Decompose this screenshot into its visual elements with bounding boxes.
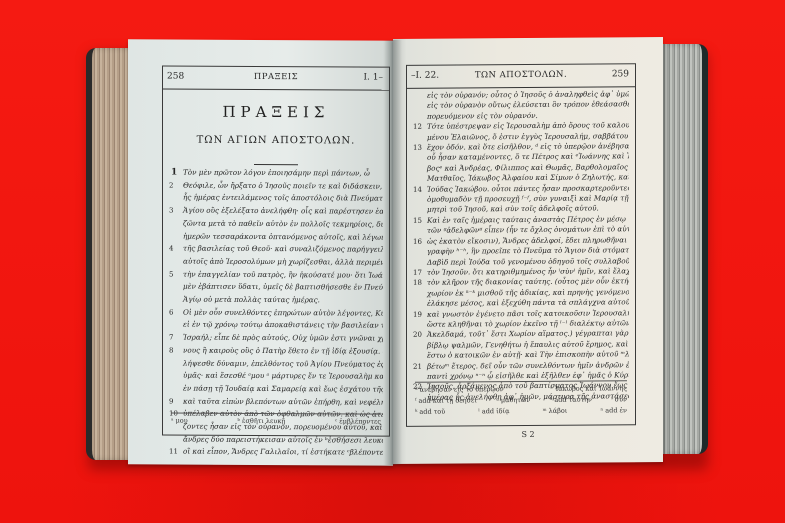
verse-text: εἰ ἐν τῷ χρόνῳ τούτῳ ἀποκαθιστάνεις τὴν …: [183, 320, 383, 330]
verse-number: 3: [169, 205, 173, 218]
verse-text: μητρὶ τοῦ Ἰησοῦ, καὶ σὺν τοῖς ἀδελφοῖς α…: [427, 204, 599, 214]
verse-text: Θεόφιλε, ὧν ἤρξατο ὁ Ἰησοῦς ποιεῖν τε κα…: [183, 180, 383, 190]
right-page-block-edge: [662, 44, 708, 454]
verse-text: Ματθαῖος, Ἰάκωβος Ἀλφαίου καὶ Σίμων ὁ Ζη…: [427, 173, 629, 183]
footnote: ⁿ add ἐν: [600, 406, 627, 417]
verse-text: τὸν Ἰησοῦν. ὅτι κατηριθμημένος ἦν ⁱσὺνⁱ …: [427, 266, 629, 276]
verse-number: 6: [169, 306, 173, 319]
verse-text: ἧς ἡμέρας ἐντειλάμενος τοῖς ἀποστόλοις δ…: [183, 193, 383, 203]
verse-text: νους ἢ καιροὺς οὓς ὁ Πατὴρ ἔθετο ἐν τῇ ἰ…: [183, 345, 383, 355]
verse-text: Ἰούδας Ἰακώβου. οὗτοι πάντες ἦσαν προσκα…: [427, 183, 629, 193]
verse-number: 1: [171, 167, 177, 180]
verse-number: 4: [169, 243, 173, 256]
text-line: ὑμᾶς· καὶ ἔσεσθέ ᵃμου ᵃ μάρτυρες ἔν τε Ἱ…: [169, 370, 383, 384]
right-page: –I. 22. ΤΩΝ ΑΠΟΣΤΟΛΩΝ. 259 εἰς τὸν οὐραν…: [393, 37, 663, 464]
text-line: 7Ἰσραήλ; εἶπε δὲ πρὸς αὐτούς, Οὐχ ὑμῶν ἐ…: [169, 332, 383, 346]
left-footnotes: ᵃ μουᵇ ἐσθῆτι λευκῇᶜ ἐμβλέποντες: [171, 413, 381, 429]
running-title: ΠΡΑΞΕΙΣ: [163, 71, 389, 82]
verse-text: Ἀκελδαμά, τοῦτ᾽ ἔστι Χωρίον αἵματος.) γέ…: [427, 329, 629, 339]
footnote: ᵉ Ἰάκωβος καὶ Ἰωάννης: [550, 384, 627, 396]
text-line: 9καὶ ταῦτα εἰπὼν βλεπόντων αὐτῶν ἐπήρθη,…: [169, 395, 383, 409]
verse-text: αὐτοῖς ἀπὸ Ἱεροσολύμων μὴ χωρίζεσθαι, ἀλ…: [183, 257, 383, 267]
text-line: ἐν πάσῃ τῇ Ἰουδαίᾳ καὶ Σαμαρείᾳ καὶ ἕως …: [169, 382, 383, 396]
verse-number: 17: [413, 268, 422, 278]
verse-text: βέτωᵐ ἕτερος. δεῖ οὖν τῶν συνελθόντων ἡμ…: [427, 360, 629, 370]
footnote: ⁱ σὺν: [611, 395, 627, 406]
verse-text: οἳ καὶ εἶπον, Ἄνδρες Γαλιλαῖοι, τί ἑστήκ…: [183, 447, 383, 457]
verse-number: 14: [413, 184, 422, 194]
verse-number: 20: [413, 330, 422, 340]
verse-text: μένου Ἐλαιῶνος, ὅ ἐστιν ἐγγὺς Ἱερουσαλήμ…: [427, 131, 628, 141]
open-book: 258 ΠΡΑΞΕΙΣ I. 1– ΠΡΑΞΕΙΣ ΤΩΝ ΑΓΙΩΝ ΑΠΟΣ…: [0, 0, 785, 523]
footnote: ᵃ μου: [171, 417, 188, 428]
text-line: ἧς ἡμέρας ἐντειλάμενος τοῖς ἀποστόλοις δ…: [169, 192, 383, 206]
footnote: ᵈ ἀνέβησαν εἰς τὸ ὑπερῷον: [415, 385, 504, 397]
chapter-ref: I. 1–: [363, 73, 383, 83]
text-line: ἡμερῶν τεσσαράκοντα ὀπτανόμενος αὐτοῖς, …: [169, 230, 383, 244]
verse-text: ἔστω ὁ κατοικῶν ἐν αὐτῇ· καὶ Τὴν ἐπισκοπ…: [427, 349, 629, 359]
footnote-row: ᵃ μουᵇ ἐσθῆτι λευκῇᶜ ἐμβλέποντες: [171, 417, 381, 429]
running-title: ΤΩΝ ΑΠΟΣΤΟΛΩΝ.: [407, 69, 635, 81]
verse-number: 19: [413, 309, 422, 319]
right-page-text-frame: –I. 22. ΤΩΝ ΑΠΟΣΤΟΛΩΝ. 259 εἰς τὸν οὐραν…: [406, 63, 636, 427]
footnote: ᶠ add καὶ τῇ δεήσει: [415, 396, 477, 407]
verse-text: Ἰσραήλ; εἶπε δὲ πρὸς αὐτούς, Οὐχ ὑμῶν ἐσ…: [183, 333, 383, 343]
verse-text: ὑμᾶς· καὶ ἔσεσθέ ᵃμου ᵃ μάρτυρες ἔν τε Ἱ…: [183, 371, 383, 381]
footnote-row: ᵈ ἀνέβησαν εἰς τὸ ὑπερῷονᵉ Ἰάκωβος καὶ Ἰ…: [415, 384, 627, 396]
footnote-row: ᵏ add τοῦˡ add ἰδίᾳᵐ λάβοιⁿ add ἐν: [415, 406, 627, 418]
verse-text: Οἱ μὲν οὖν συνελθόντες ἐπηρώτων αὐτὸν λέ…: [183, 307, 383, 317]
verse-number: 2: [169, 179, 173, 192]
verse-text: τῶν ᵍἀδελφῶνᵍ εἶπεν (ἦν τε ὄχλος ὀνομάτω…: [427, 225, 629, 235]
verse-text: τῆς βασιλείας τοῦ Θεοῦ· καὶ συναλιζόμενο…: [183, 244, 383, 254]
verse-text: καὶ γνωστὸν ἐγένετο πᾶσι τοῖς κατοικοῦσι…: [427, 308, 629, 318]
verse-number: 15: [413, 216, 422, 226]
verse-text: πορευόμενον εἰς τὸν οὐρανόν.: [427, 111, 538, 121]
verse-text: ἐν πάσῃ τῇ Ἰουδαίᾳ καὶ Σαμαρείᾳ καὶ ἕως …: [183, 384, 383, 394]
footnote: ˡ add ἰδίᾳ: [478, 407, 509, 418]
verse-text: χωρίον ἐκ ᵏ⁻ᵏ μισθοῦ τῆς ἀδικίας, καὶ πρ…: [427, 287, 629, 297]
book-subtitle: ΤΩΝ ΑΓΙΩΝ ΑΠΟΣΤΟΛΩΝ.: [163, 134, 389, 146]
verse-text: παντὶ χρόνῳ ⁿ⁻ⁿ ᾧ εἰσῆλθε καὶ ἐξῆλθεν ἐφ…: [427, 370, 629, 380]
verse-text: βίβλῳ ψαλμῶν, Γενηθήτω ἡ ἔπαυλις αὐτοῦ ἔ…: [427, 339, 629, 349]
text-line: ἄνδρες δύο παρειστήκεισαν αὐτοῖς ἐν ᵇἐσθ…: [169, 433, 383, 447]
title-rule: [254, 164, 298, 165]
footnote: ᵇ ἐσθῆτι λευκῇ: [237, 417, 285, 428]
text-line: 6Οἱ μὲν οὖν συνελθόντες ἐπηρώτων αὐτὸν λ…: [169, 306, 383, 320]
verse-number: 8: [169, 344, 173, 357]
text-line: 11οἳ καὶ εἶπον, Ἄνδρες Γαλιλαῖοι, τί ἑστ…: [169, 446, 383, 460]
verse-text: λήψεσθε δύναμιν, ἐπελθόντος τοῦ Ἁγίου Πν…: [183, 358, 383, 368]
verse-number: 9: [169, 395, 173, 408]
verse-text: βοςᵉ καὶ Ἀνδρέας, Φίλιππος καὶ Θωμᾶς, Βα…: [427, 162, 629, 172]
text-line: λήψεσθε δύναμιν, ἐπελθόντος τοῦ Ἁγίου Πν…: [169, 357, 383, 371]
verse-text: Δαβὶδ περὶ Ἰούδα τοῦ γενομένου ὁδηγοῦ το…: [427, 256, 629, 266]
verse-number: 13: [413, 143, 422, 153]
verse-text: γραφὴν ʰ⁻ʰ, ἣν προεῖπε τὸ Πνεῦμα τὸ Ἅγιο…: [427, 245, 629, 255]
verse-text: ἡμερῶν τεσσαράκοντα ὀπτανόμενος αὐτοῖς, …: [183, 231, 383, 241]
verse-number: 11: [169, 446, 178, 459]
text-line: μὲν ἐβάπτισεν ὕδατι, ὑμεῖς δὲ βαπτισθήσε…: [169, 281, 383, 295]
text-line: 2Θεόφιλε, ὧν ἤρξατο ὁ Ἰησοῦς ποιεῖν τε κ…: [169, 179, 383, 193]
verse-text: καὶ ταῦτα εἰπὼν βλεπόντων αὐτῶν ἐπήρθη, …: [183, 396, 383, 406]
text-line: 1Τὸν μὲν πρῶτον λόγον ἐποιησάμην περὶ πά…: [169, 167, 383, 181]
verse-text: εἰς τὸν οὐρανὸν οὕτως ἐλεύσεται ὃν τρόπο…: [427, 100, 629, 110]
text-line: αὐτοῖς ἀπὸ Ἱεροσολύμων μὴ χωρίζεσθαι, ἀλ…: [169, 255, 383, 269]
text-line: 3Ἁγίου οὓς ἐξελέξατο ἀνελήφθη· οἷς καὶ π…: [169, 205, 383, 219]
verse-number: 18: [413, 278, 422, 288]
verse-number: 7: [169, 332, 173, 345]
verse-text: Τότε ὑπέστρεψαν εἰς Ἱερουσαλὴμ ἀπὸ ὄρους…: [427, 121, 629, 131]
left-page-text-frame: 258 ΠΡΑΞΕΙΣ I. 1– ΠΡΑΞΕΙΣ ΤΩΝ ΑΓΙΩΝ ΑΠΟΣ…: [162, 65, 390, 436]
left-page: 258 ΠΡΑΞΕΙΣ I. 1– ΠΡΑΞΕΙΣ ΤΩΝ ΑΓΙΩΝ ΑΠΟΣ…: [128, 39, 393, 465]
verse-text: μὲν ἐβάπτισεν ὕδατι, ὑμεῖς δὲ βαπτισθήσε…: [183, 282, 383, 292]
signature-mark: S 2: [393, 429, 663, 440]
footnote: ᵍ μαθητῶν: [496, 396, 530, 407]
text-line: Ἁγίῳ οὐ μετὰ πολλὰς ταύτας ἡμέρας.: [169, 294, 383, 308]
verse-text: Ἁγίου οὓς ἐξελέξατο ἀνελήφθη· οἷς καὶ πα…: [183, 206, 383, 216]
verse-text: ὥστε κληθῆναι τὸ χωρίον ἐκεῖνο τῇ ˡ⁻ˡ δι…: [427, 318, 629, 328]
verse-text: ὡς ἑκατὸν εἴκοσιν), Ἄνδρες ἀδελφοί, ἔδει…: [427, 235, 629, 245]
text-line: ζῶντα μετὰ τὸ παθεῖν αὐτὸν ἐν πολλοῖς τε…: [169, 217, 383, 231]
verse-text: Καὶ ἐν ταῖς ἡμέραις ταύταις ἀναστὰς Πέτρ…: [427, 214, 626, 224]
verse-text: Ἁγίῳ οὐ μετὰ πολλὰς ταύτας ἡμέρας.: [183, 295, 320, 305]
verse-number: 21: [413, 361, 422, 371]
verse-number: 12: [413, 122, 422, 132]
verse-number: 5: [169, 268, 173, 281]
verse-number: 16: [413, 236, 422, 246]
verse-text: τὸν κλῆρον τῆς διακονίας ταύτης. (οὗτος …: [427, 277, 629, 287]
right-running-head: –I. 22. ΤΩΝ ΑΠΟΣΤΟΛΩΝ. 259: [407, 64, 635, 89]
verse-text: εἰς τὸν οὐρανόν; οὗτος ὁ Ἰησοῦς ὁ ἀναληφ…: [427, 89, 629, 99]
footnote: ᵏ add τοῦ: [415, 408, 445, 419]
text-line: 4τῆς βασιλείας τοῦ Θεοῦ· καὶ συναλιζόμεν…: [169, 243, 383, 257]
verse-text: ἄνδρες δύο παρειστήκεισαν αὐτοῖς ἐν ᵇἐσθ…: [183, 434, 383, 444]
book-title-block: ΠΡΑΞΕΙΣ ΤΩΝ ΑΓΙΩΝ ΑΠΟΣΤΟΛΩΝ.: [163, 102, 389, 165]
verse-text: ἔχον ὁδόν. καὶ ὅτε εἰσῆλθον, ᵈ εἰς τὸ ὑπ…: [427, 141, 629, 151]
verse-text: ζῶντα μετὰ τὸ παθεῖν αὐτὸν ἐν πολλοῖς τε…: [183, 218, 383, 228]
text-line: 5τὴν ἐπαγγελίαν τοῦ πατρὸς, ἣν ἠκούσατέ …: [169, 268, 383, 282]
footnote: ᵐ λάβοι: [543, 407, 568, 418]
verse-text: Τὸν μὲν πρῶτον λόγον ἐποιησάμην περὶ πάν…: [183, 168, 370, 178]
right-page-body: εἰς τὸν οὐρανόν; οὗτος ὁ Ἰησοῦς ὁ ἀναληφ…: [413, 89, 629, 403]
page-number: 259: [612, 69, 629, 79]
footnote: ᶜ ἐμβλέποντες: [335, 417, 381, 428]
left-running-head: 258 ΠΡΑΞΕΙΣ I. 1–: [163, 66, 389, 90]
footnote: ʰ add ταύτην: [549, 396, 592, 407]
verse-text: οὗ ἦσαν καταμένοντες, ὅ τε Πέτρος καὶ ᵉἸ…: [427, 152, 629, 162]
book-title: ΠΡΑΞΕΙΣ: [163, 102, 389, 121]
verse-text: ὁμοθυμαδὸν τῇ προσευχῇ ᶠ⁻ᶠ, σὺν γυναιξὶ …: [427, 193, 629, 203]
book-gutter: [384, 40, 402, 465]
verse-text: τὴν ἐπαγγελίαν τοῦ πατρὸς, ἣν ἠκούσατέ μ…: [183, 269, 383, 279]
text-line: 8νους ἢ καιροὺς οὓς ὁ Πατὴρ ἔθετο ἐν τῇ …: [169, 344, 383, 358]
text-line: εἰ ἐν τῷ χρόνῳ τούτῳ ἀποκαθιστάνεις τὴν …: [169, 319, 383, 333]
verse-text: ἐλάκησε μέσος, καὶ ἐξεχύθη πάντα τὰ σπλά…: [427, 297, 629, 307]
right-footnotes: ᵈ ἀνέβησαν εἰς τὸ ὑπερῷονᵉ Ἰάκωβος καὶ Ἰ…: [415, 380, 627, 418]
